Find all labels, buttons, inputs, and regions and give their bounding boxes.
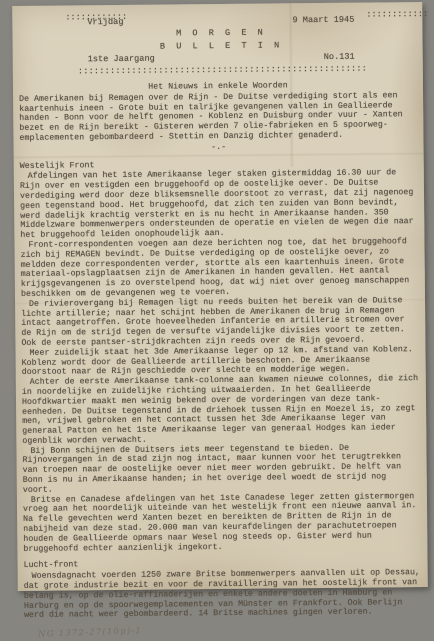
summary-text: De Amerikanen bij Remagen over de Rijn -… xyxy=(19,91,417,144)
dotted-border-bottom: ::::::::::::::::::::::::::::::::::::::::… xyxy=(78,64,365,77)
paragraph: Achter de eerste Amerikaanse tank-colonn… xyxy=(22,374,421,446)
dotted-border-left: :::::::::::: xyxy=(65,15,71,19)
issue-number: No.131 xyxy=(324,52,355,63)
masthead: :::::::::::: :::::::::::: Vrijdag 9 Maar… xyxy=(75,15,367,77)
paragraph: Afdelingen van het 1ste Amerikaanse lege… xyxy=(20,168,419,240)
paragraph: Bij Bonn schijnen de Duitsers iets meer … xyxy=(22,443,420,496)
bulletin-body: Het Nieuws in enkele Woorden De Amerikan… xyxy=(19,80,422,600)
dotted-border-right: :::::::::::: xyxy=(366,13,372,17)
paragraph: Front-correspondenten voegen aan deze be… xyxy=(20,237,419,300)
issue-date: 9 Maart 1945 xyxy=(292,15,354,27)
paragraph: Meer zuidelijk staat het 3de Amerikaanse… xyxy=(21,345,419,378)
paragraph: De rivierovergang bij Remagen ligt nu re… xyxy=(21,296,419,349)
volume-label: 1ste Jaargang xyxy=(88,54,155,66)
bulletin-page: :::::::::::: :::::::::::: Vrijdag 9 Maar… xyxy=(12,2,428,591)
paragraph: Woensdagnacht voerden 1250 zware Britse … xyxy=(24,568,422,600)
page-content: :::::::::::: :::::::::::: Vrijdag 9 Maar… xyxy=(12,2,428,600)
paragraph: Britse en Canadese afdelingen van het 1s… xyxy=(23,492,422,555)
